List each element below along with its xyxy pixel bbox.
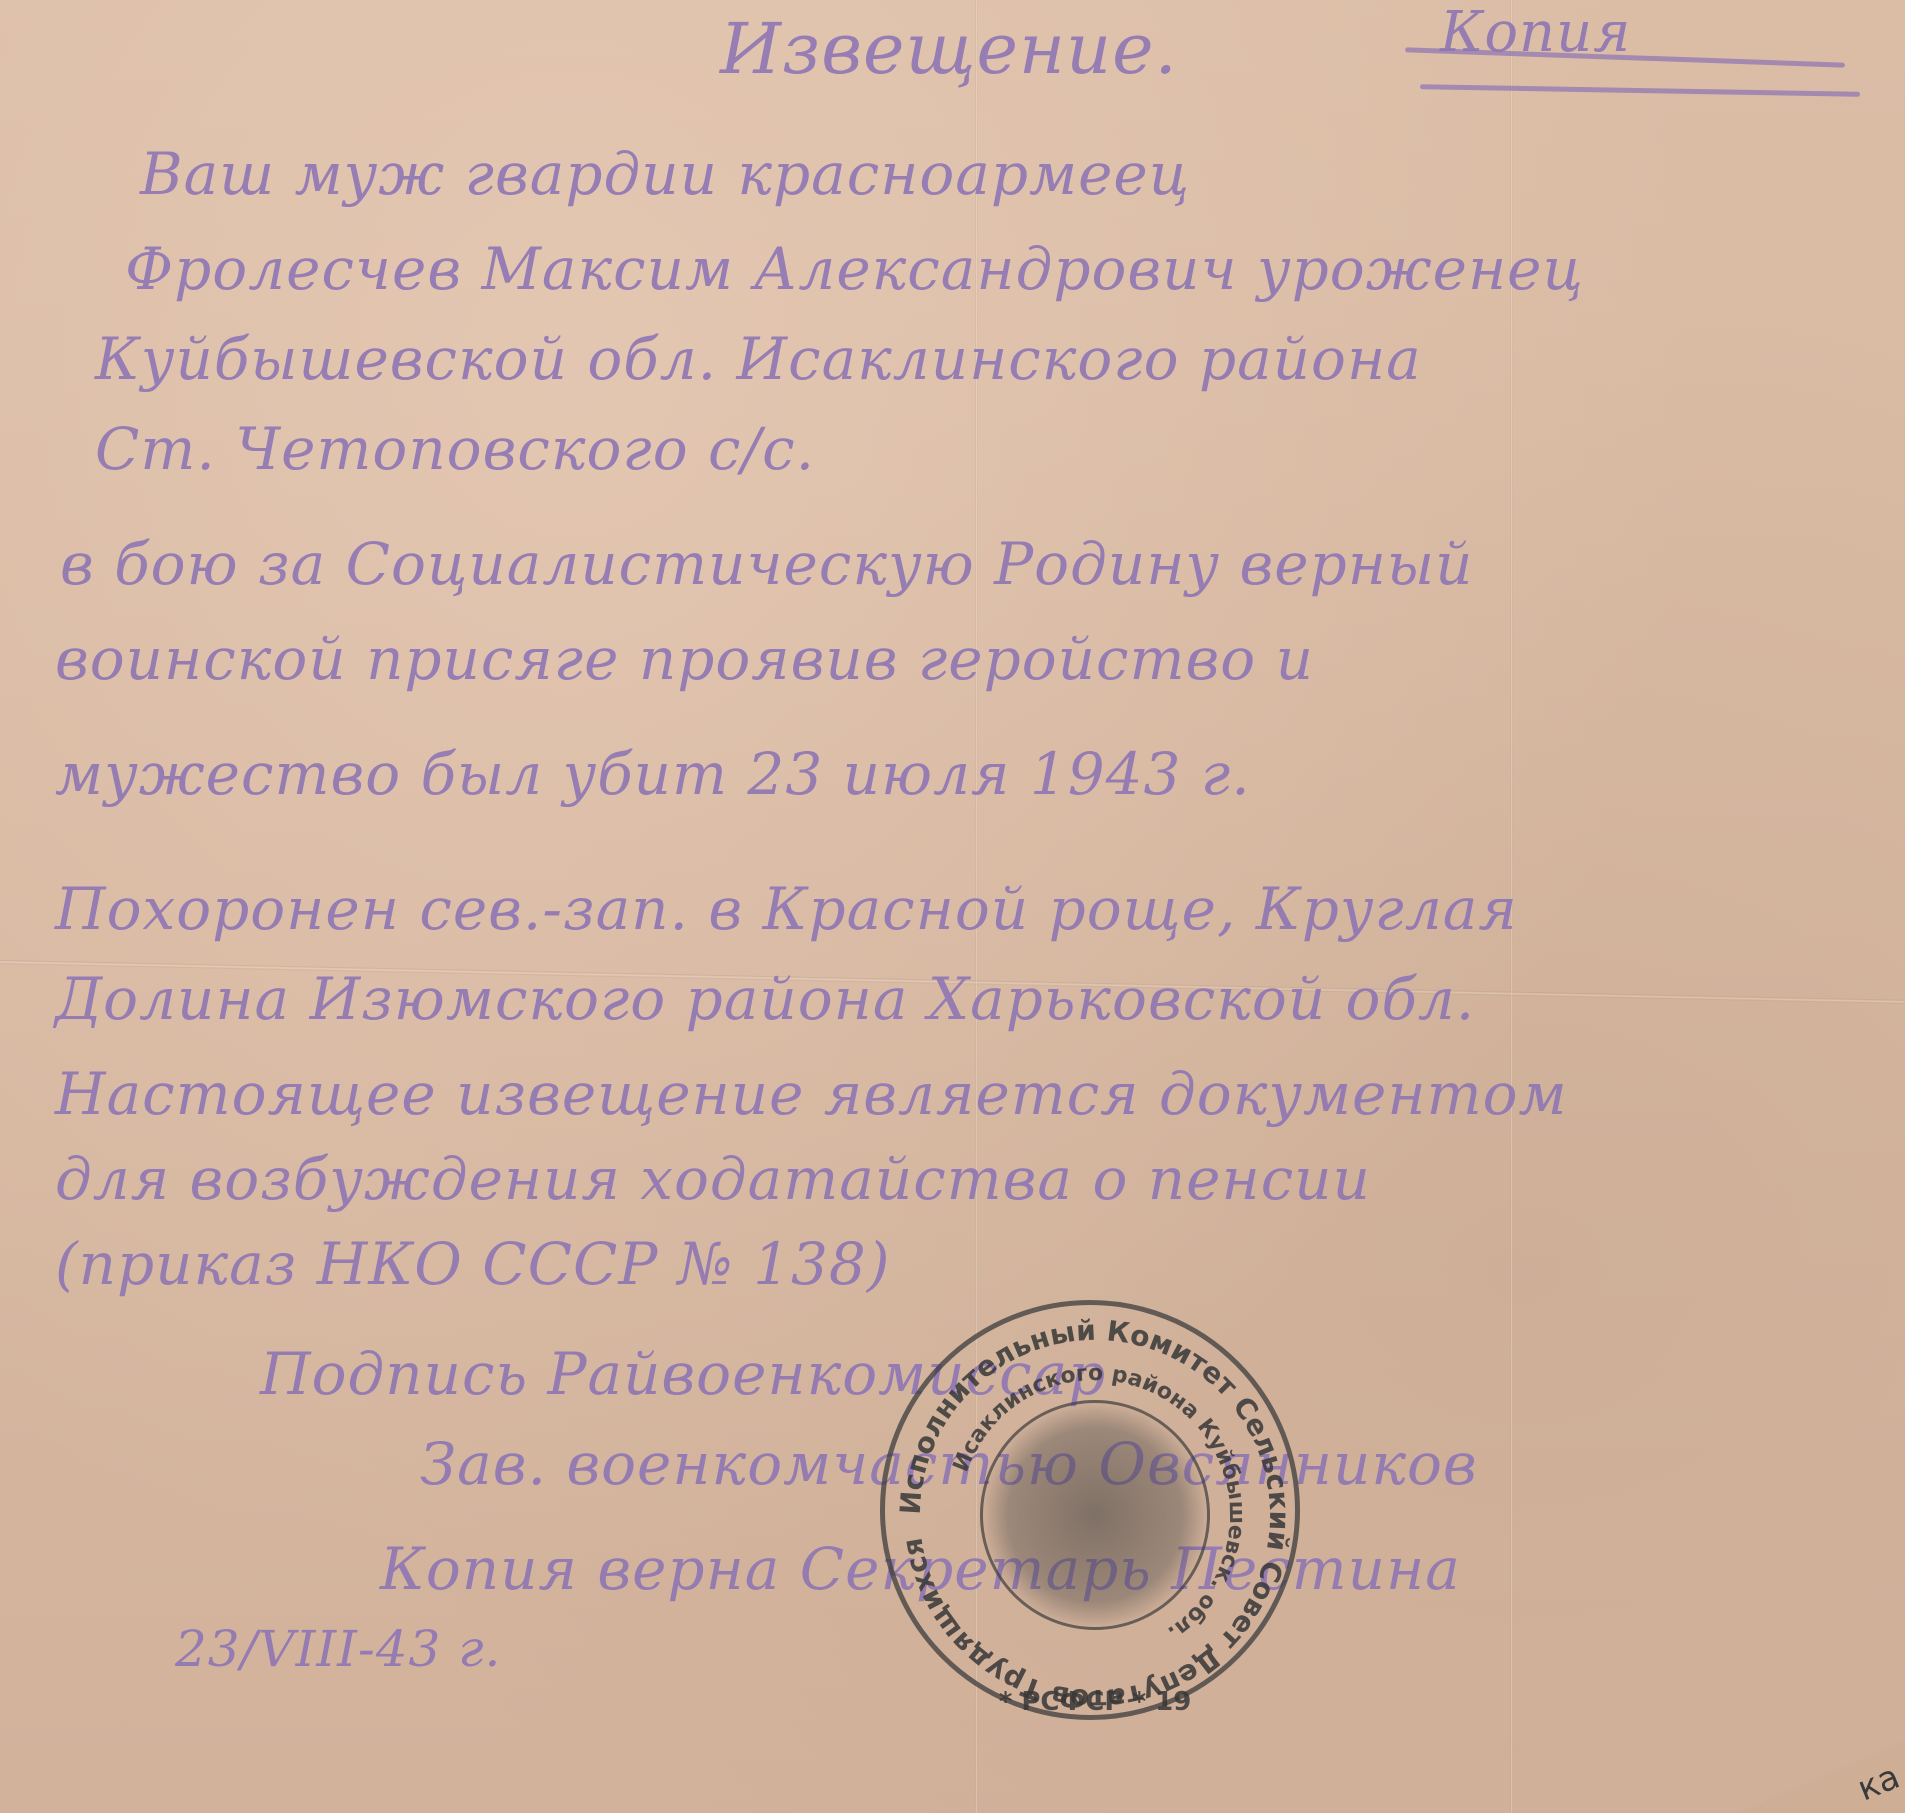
body-line: Куйбышевской обл. Исаклинского района: [95, 325, 1422, 393]
body-line: для возбуждения ходатайства о пенсии: [55, 1145, 1371, 1213]
body-line: Долина Изюмского района Харьковской обл.: [55, 965, 1475, 1033]
svg-text:* РСФСР * 19: * РСФСР * 19: [999, 1687, 1192, 1717]
official-stamp: Исполнительный Комитет Сельский Совет Де…: [880, 1300, 1300, 1720]
body-line: мужество был убит 23 июля 1943 г.: [55, 740, 1251, 808]
stamp-text-ring: Исполнительный Комитет Сельский Совет Де…: [885, 1305, 1305, 1725]
body-line: воинской присяге проявив геройство и: [55, 625, 1314, 693]
document-title: Извещение.: [720, 8, 1178, 90]
body-line: в бою за Социалистическую Родину верный: [60, 530, 1474, 598]
svg-text:Исаклинского района Куйбышевск: Исаклинского района Куйбышевск. обл.: [949, 1361, 1250, 1646]
body-line: Фролесчев Максим Александрович уроженец: [125, 235, 1584, 303]
body-line: (приказ НКО СССР № 138): [55, 1230, 890, 1298]
body-line: Ст. Четоповского с/с.: [95, 415, 815, 483]
copy-underline: [1420, 84, 1860, 97]
body-line: Похоронен сев.-зап. в Красной роще, Круг…: [55, 875, 1518, 943]
document-date: 23/VIII-43 г.: [175, 1620, 501, 1678]
body-line: Настоящее извещение является документом: [55, 1060, 1568, 1128]
body-line: Ваш муж гвардии красноармеец: [140, 140, 1190, 208]
document-page: Извещение. Копия Ваш муж гвардии красноа…: [0, 0, 1905, 1813]
